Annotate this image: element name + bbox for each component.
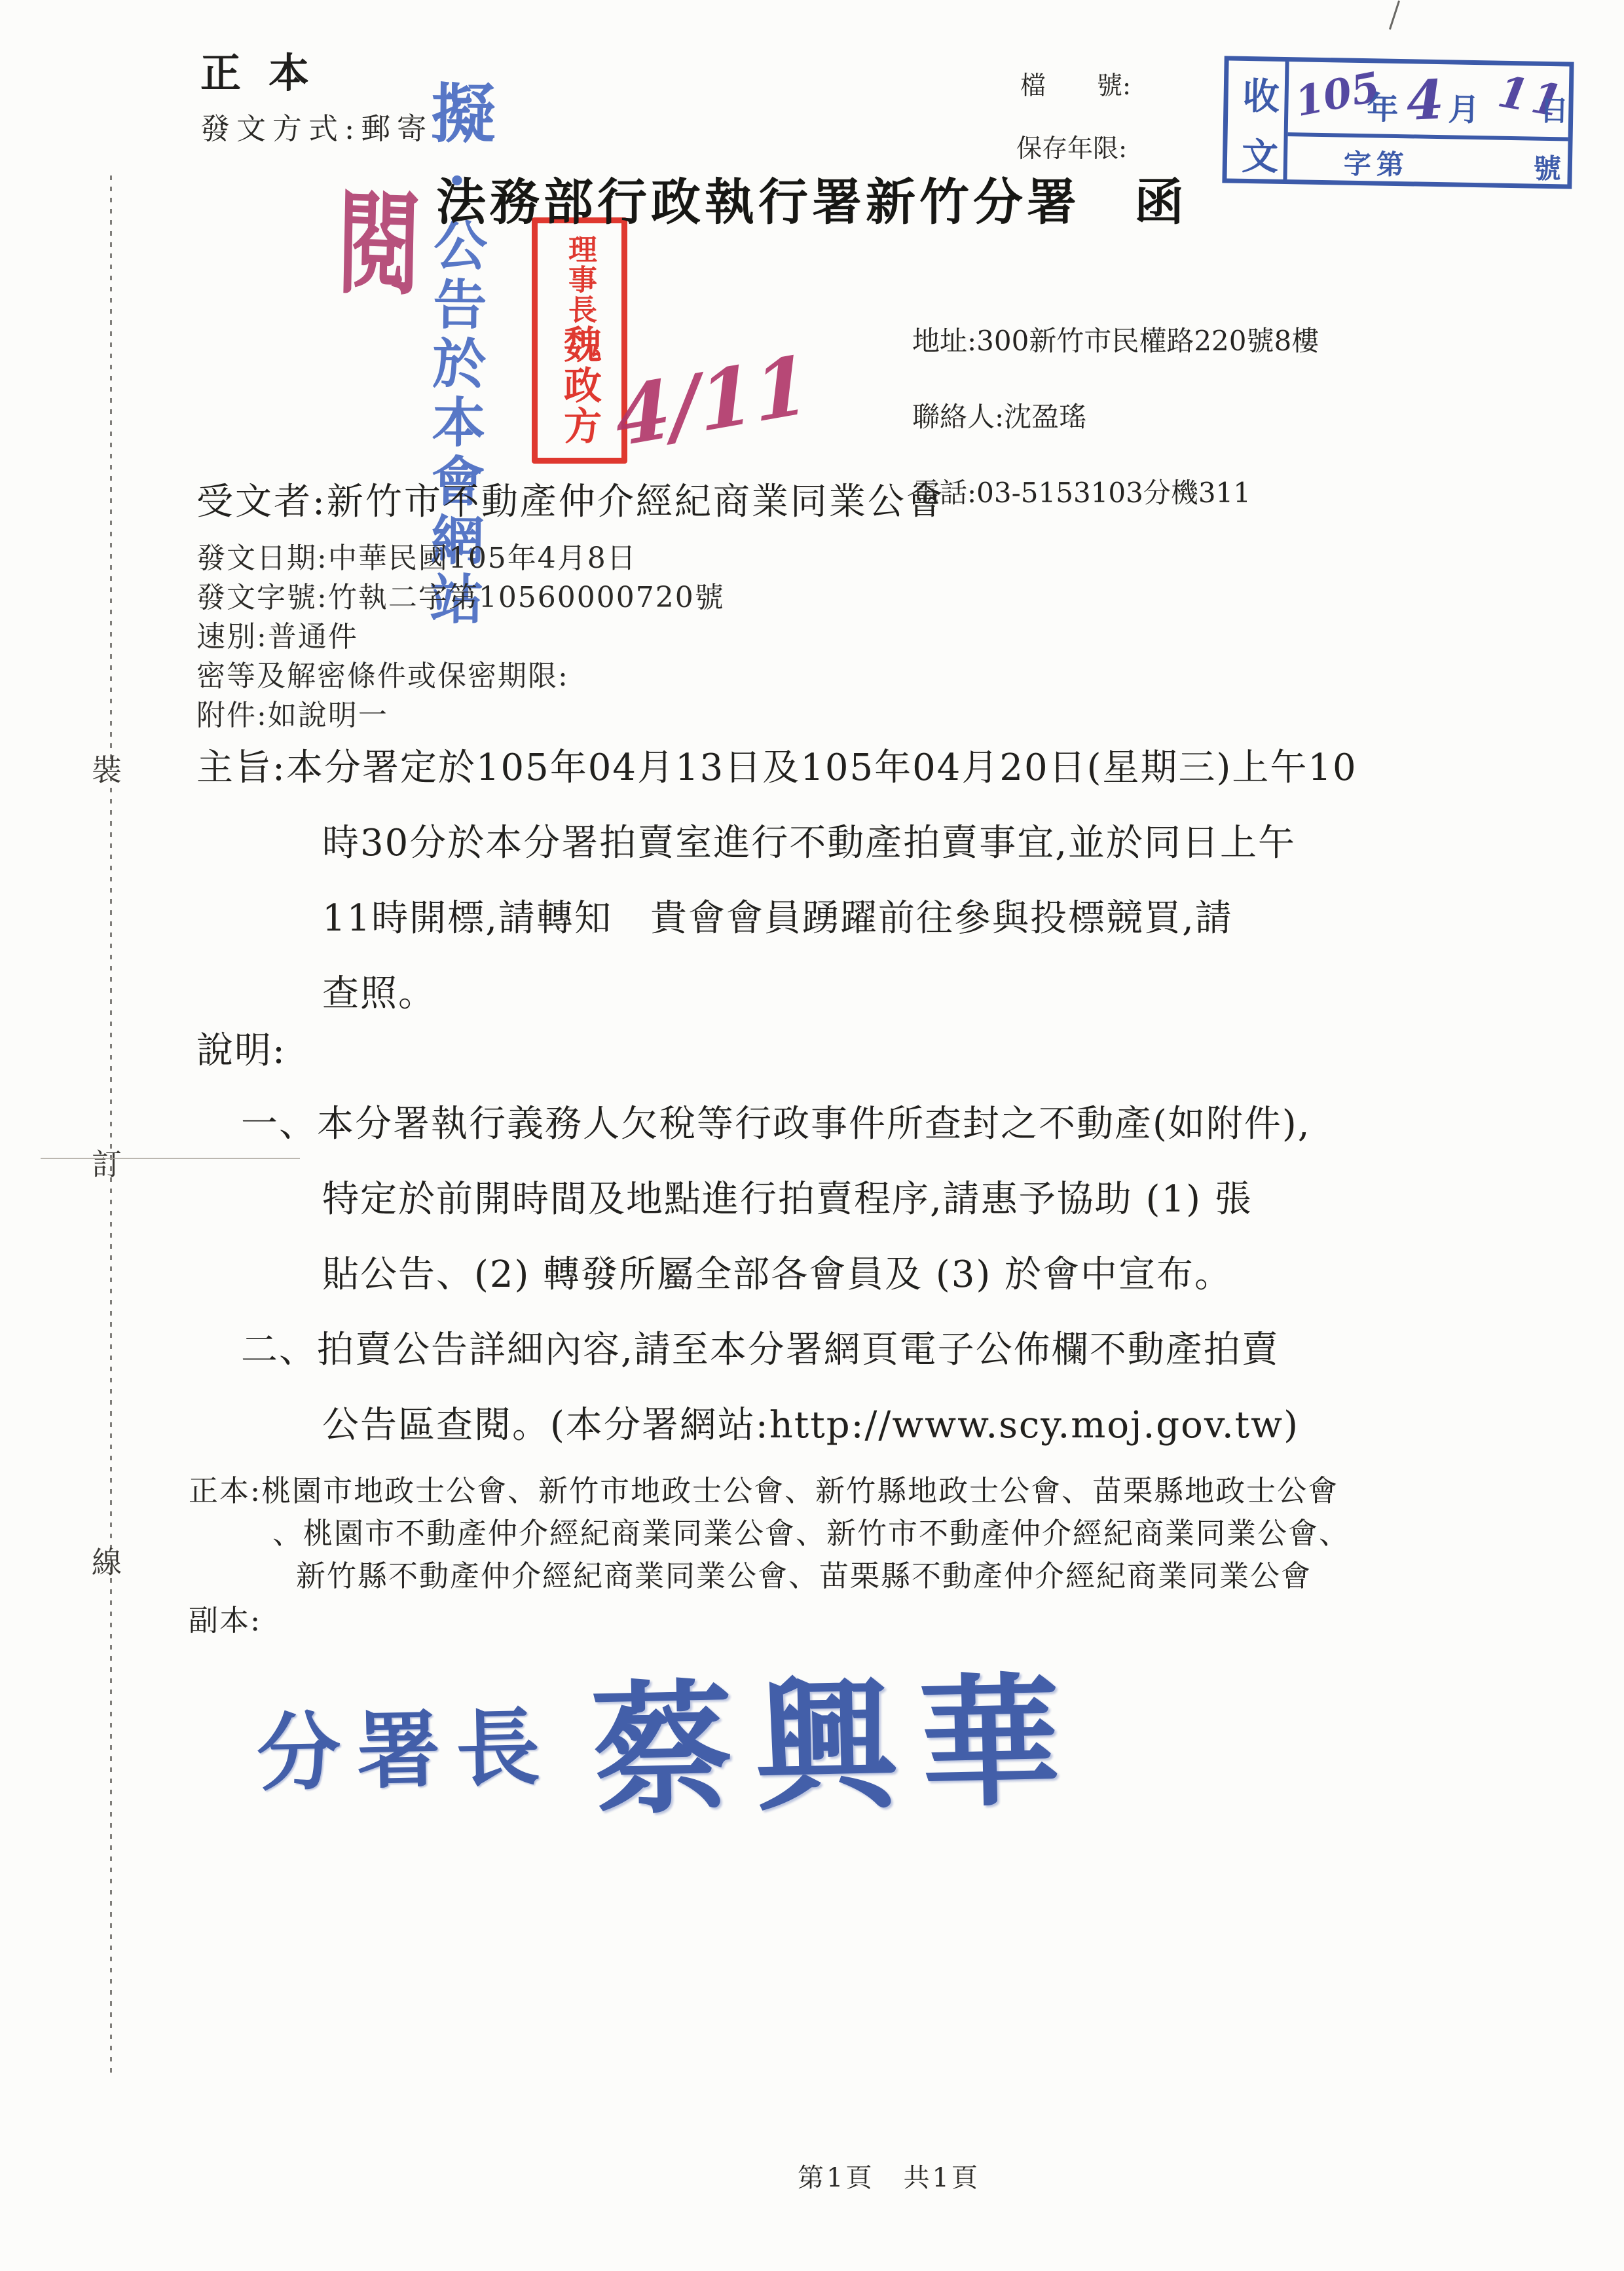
explanation-item1-line-2: 特定於前開時間及地點進行拍賣程序,請惠予協助 (1) 張 [322,1170,1253,1223]
sender-address: 地址:300新竹市民權路220號8樓 [912,325,1319,357]
copy-type-label: 正本 [200,41,337,99]
distribution-copy-label: 副本: [189,1597,261,1639]
explanation-item1-line-1: 一、本分署執行義務人欠稅等行政事件所查封之不動產(如附件), [241,1095,1311,1147]
explanation-item1-line-3: 貼公告、(2) 轉發所屬全部各會員及 (3) 於會中宣布。 [322,1246,1232,1298]
handwritten-date-note: 4/11 [612,337,812,465]
stamp-month-handwritten: 4 [1405,68,1445,133]
binding-mark-xian: 線 [92,1539,122,1582]
page-number-footer: 第1頁 共1頁 [798,2157,980,2194]
stamp-year-unit: 年 [1367,83,1399,128]
binding-mark-ding: 訂 [92,1141,122,1184]
distribution-original-line-1: 正本:桃園市地政士公會、新竹市地政士公會、新竹縣地政士公會、苗栗縣地政士公會 [189,1467,1338,1509]
scan-corner-artifact [1389,1,1400,30]
stamp-vertical-divider [1283,62,1289,179]
scanned-official-letter: 裝 訂 線 正本 發文方式:郵寄 檔 號: 保存年限: 收 文 105 年 4 … [0,0,1624,2271]
distribution-original-line-3: 新竹縣不動產仲介經紀商業同業公會、苗栗縣不動產仲介經紀商業同業公會 [296,1552,1312,1595]
recipient-line: 受文者:新竹市不動產仲介經紀商業同業公會 [196,473,945,525]
sender-contact-person: 聯絡人:沈盈瑤 [912,401,1086,433]
stamp-serial-suffix: 號 [1533,147,1561,187]
chairman-stamp-title: 理事長 [559,234,600,325]
binding-dotted-line [110,175,112,2075]
handwritten-review-mark: 閱 [336,153,422,318]
subject-line-1: 主旨:本分署定於105年04月13日及105年04月20日(星期三)上午10 [196,739,1357,791]
stamp-document-char: 文 [1241,128,1278,181]
stamp-month-unit: 月 [1448,84,1480,130]
explanation-heading: 說明: [196,1022,286,1074]
stamp-day-unit: 日 [1540,87,1569,130]
speed-line: 速別:普通件 [196,613,358,655]
stamp-horizontal-divider [1288,132,1568,141]
distribution-original-line-2: 、桃園市不動產仲介經紀商業同業公會、新竹市不動產仲介經紀商業同業公會、 [272,1509,1350,1552]
retention-period-label: 保存年限: [1016,128,1127,165]
delivery-method: 發文方式:郵寄 [200,105,433,147]
signature-name: 蔡興華 [589,1627,1084,1841]
doc-number-line: 發文字號:竹執二字第10560000720號 [196,574,725,616]
chairman-stamp-name: 魏政方 [552,325,607,447]
attachment-line: 附件:如說明一 [196,692,388,733]
security-line: 密等及解密條件或保密期限: [196,652,569,694]
send-date-line: 發文日期:中華民國105年4月8日 [196,534,637,576]
subject-line-2: 時30分於本分署拍賣室進行不動產拍賣事宜,並於同日上午 [322,814,1296,866]
receipt-date-stamp: 收 文 105 年 4 月 11 日 字第 號 [1222,56,1574,189]
binding-mark-zhuang: 裝 [92,747,122,790]
stamp-serial-prefix: 字第 [1343,143,1409,183]
sender-phone: 電話:03-5153103分機311 [912,477,1251,509]
chairman-name-stamp: 理事長 魏政方 [532,217,627,464]
explanation-item2-line-1: 二、拍賣公告詳細內容,請至本分署網頁電子公佈欄不動產拍賣 [241,1321,1280,1373]
subject-line-3: 11時開標,請轉知 貴會會員踴躍前往參與投標競買,請 [322,889,1233,942]
sender-contact-block: 地址:300新竹市民權路220號8樓 聯絡人:沈盈瑤 電話:03-5153103… [912,322,1319,512]
signature-title: 分署長 [255,1680,557,1807]
scan-fold-artifact [41,1158,300,1159]
blue-note-first-char: 擬 [420,79,496,149]
explanation-item2-line-2: 公告區查閱。(本分署網站:http://www.scy.moj.gov.tw) [322,1396,1299,1449]
file-number-label: 檔 號: [1020,65,1131,102]
document-title: 法務部行政執行署新竹分署 函 [436,162,1188,234]
subject-line-4: 查照。 [322,965,436,1017]
stamp-receive-char: 收 [1242,67,1280,120]
branch-director-signature-stamp: 分署長 蔡興華 [255,1627,1084,1848]
